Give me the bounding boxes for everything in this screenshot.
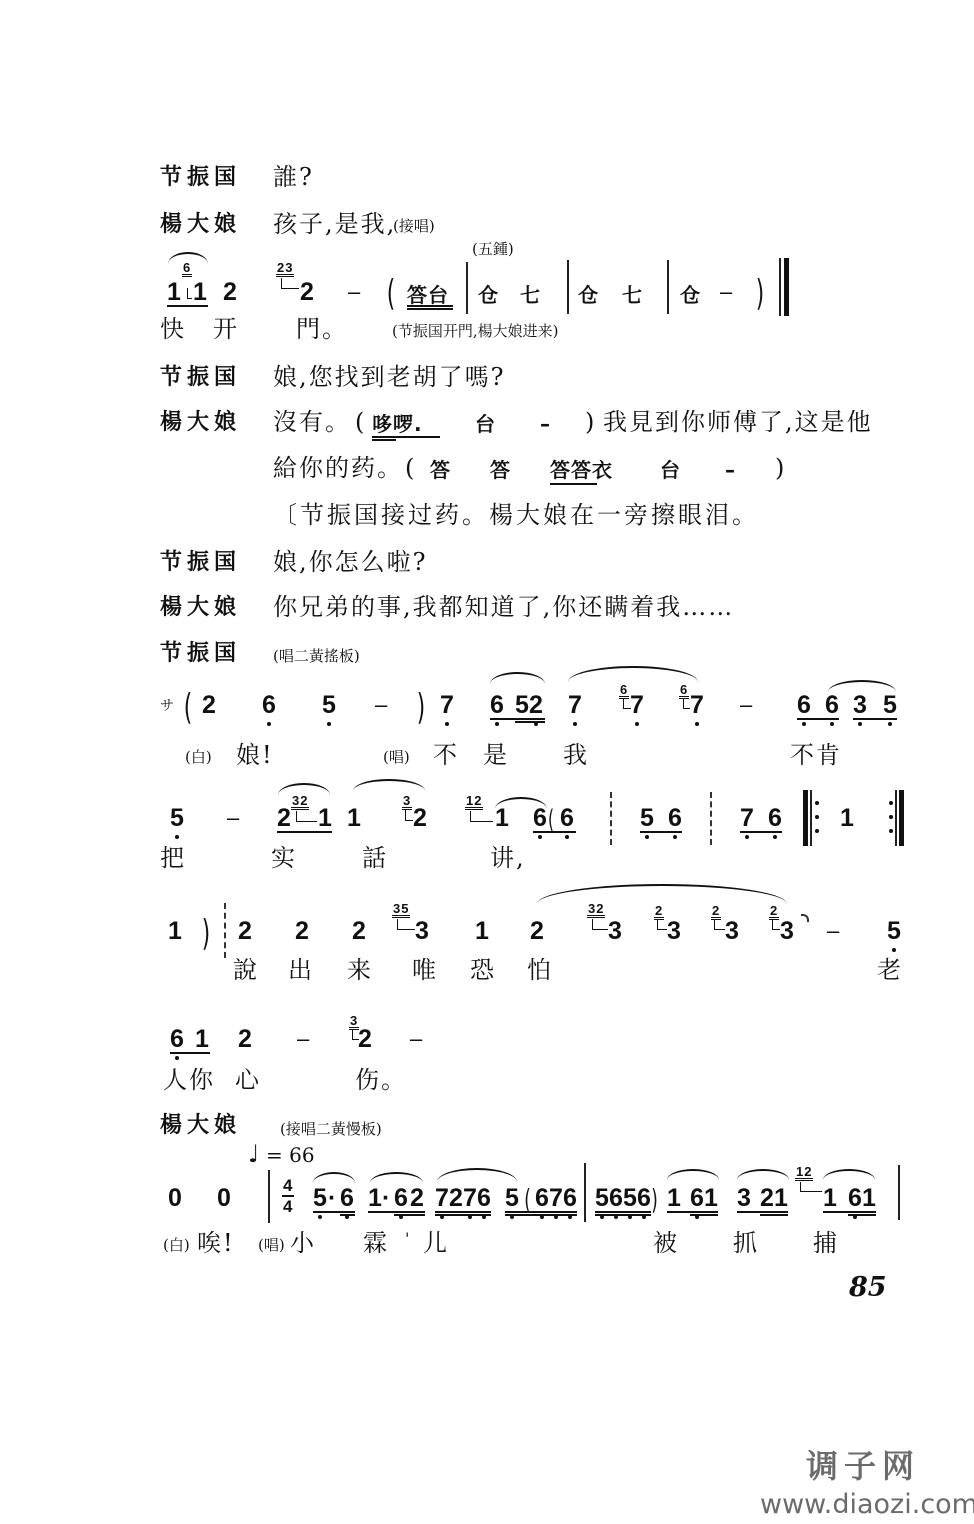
beam-line	[797, 718, 839, 720]
note: 1	[774, 1186, 788, 1210]
final-barline-thick	[784, 258, 789, 316]
note: 7	[568, 693, 582, 717]
hold-dash: –	[827, 919, 839, 943]
grace-note: 2	[654, 905, 664, 920]
percussion-annotation: (五鍾)	[472, 240, 514, 258]
beam-line	[505, 1214, 577, 1216]
dashed-barline	[224, 903, 226, 958]
speaker-label: 楊大娘	[160, 595, 241, 621]
percussion-syllable: 七	[622, 282, 643, 308]
speaker-label: 楊大娘	[160, 212, 241, 238]
augmentation-dot: ·	[328, 1186, 336, 1210]
dialogue-text: 誰?	[273, 164, 314, 190]
dashed-barline	[610, 792, 612, 845]
lyric: 是	[483, 742, 509, 768]
note: 6	[609, 1186, 623, 1210]
barline	[466, 262, 468, 314]
open-paren: (	[355, 409, 366, 435]
close-paren: )	[651, 1188, 658, 1212]
note: 5	[883, 693, 897, 717]
dialogue-text: 你兄弟的事,我都知道了,你还瞒着我……	[273, 594, 734, 620]
note: 2	[238, 1027, 252, 1051]
note: 1	[318, 806, 332, 830]
note: 3	[780, 919, 794, 943]
watermark-site-name: 调子网	[806, 1448, 920, 1484]
repeat-dot	[889, 829, 893, 833]
beam-line	[407, 308, 453, 310]
note: 6	[394, 1186, 408, 1210]
dialogue-text: 娘,您找到老胡了嗎?	[273, 364, 506, 390]
open-paren: (	[548, 808, 554, 832]
note: 6	[170, 1027, 184, 1051]
note: 6	[535, 1186, 549, 1210]
grace-note: 23	[276, 262, 294, 277]
grace-hook	[296, 811, 317, 822]
lyric: 出	[288, 957, 314, 983]
note: 6	[477, 1186, 491, 1210]
barline	[567, 260, 569, 314]
slur-arc	[437, 1168, 517, 1182]
beam-line	[515, 721, 545, 723]
note: 2	[352, 919, 366, 943]
note: 5	[313, 1186, 327, 1210]
lyric: 老	[877, 957, 903, 983]
sing-cue: (接唱二黃慢板)	[280, 1120, 382, 1138]
note: 5	[623, 1186, 637, 1210]
note: 7	[435, 1186, 449, 1210]
note: 2	[358, 1027, 372, 1051]
note: 1	[495, 806, 509, 830]
hold-dash: –	[740, 693, 752, 717]
note: 7	[440, 693, 454, 717]
slur-arc	[537, 884, 787, 904]
beam-line	[667, 1211, 718, 1213]
watermark-url: www.diaozi.com	[760, 1490, 974, 1520]
beam-line	[435, 1214, 491, 1216]
beam-line	[435, 1211, 491, 1213]
stage-direction: (节振国开門,楊大娘进来)	[392, 322, 558, 340]
grace-hook	[800, 1182, 822, 1192]
lyric: 小	[290, 1230, 316, 1256]
note: 5	[505, 1186, 519, 1210]
note: 2	[413, 806, 427, 830]
beam-line	[505, 1211, 577, 1213]
beam-line	[533, 831, 576, 833]
note: 6	[637, 1186, 651, 1210]
open-paren: (	[405, 455, 416, 481]
note: 2	[223, 280, 237, 304]
hold-dash: –	[540, 411, 551, 437]
beam-line	[853, 718, 897, 720]
grace-note: 35	[392, 903, 410, 918]
percussion-syllable: 仓	[680, 282, 701, 308]
beam-line	[737, 1211, 788, 1213]
close-paren: )	[585, 409, 596, 435]
percussion-syllable: 台	[660, 457, 681, 483]
note: 3	[737, 1186, 751, 1210]
repeat-end-thin	[895, 790, 897, 846]
beam-line	[372, 439, 396, 441]
speaker-label: 节振国	[160, 165, 241, 191]
open-paren: (	[524, 1188, 531, 1212]
note: 5	[170, 806, 184, 830]
note: 6	[848, 1186, 862, 1210]
note: 6	[533, 806, 547, 830]
hold-dash: –	[375, 693, 387, 717]
lyric: 怕	[527, 957, 553, 983]
note: 2	[202, 693, 216, 717]
grace-note: 32	[587, 903, 605, 918]
lyric: 門。	[296, 316, 348, 342]
repeat-dot	[815, 829, 819, 833]
note: 6	[262, 693, 276, 717]
note: 2	[410, 1186, 424, 1210]
percussion-syllable: 仓	[478, 282, 499, 308]
beam-line	[848, 1214, 876, 1216]
lyric: 捕	[813, 1230, 839, 1256]
note: 3	[853, 693, 867, 717]
quarter-note-icon: ♩	[248, 1143, 259, 1165]
spoken-marker: (白)	[185, 748, 212, 766]
speaker-label: 楊大娘	[160, 1113, 241, 1139]
note: 2	[529, 693, 543, 717]
grace-note: 32	[291, 795, 309, 810]
final-barline-thin	[779, 258, 781, 316]
sing-cue: (唱二黃搖板)	[273, 647, 360, 665]
grace-hook	[187, 288, 192, 299]
beam-line	[550, 483, 597, 485]
barline	[268, 1170, 270, 1223]
beam-line	[640, 831, 682, 833]
lyric: 儿	[423, 1230, 449, 1256]
beam-line	[368, 1211, 425, 1213]
percussion-syllable: 答	[430, 457, 451, 483]
sing-cue: (接唱)	[393, 217, 435, 235]
note: 7	[690, 693, 704, 717]
close-paren: )	[756, 282, 764, 306]
repeat-dot	[889, 801, 893, 805]
note: 6	[563, 1186, 577, 1210]
note: 1	[347, 806, 361, 830]
open-paren: (	[184, 696, 192, 720]
beam-line	[167, 305, 208, 307]
spoken-text: 唉!	[197, 1230, 235, 1256]
lyric: 开	[213, 316, 239, 342]
note: 5	[322, 693, 336, 717]
note: 5	[515, 693, 529, 717]
note: 1	[862, 1186, 876, 1210]
note: 3	[725, 919, 739, 943]
percussion-syllable: 台	[475, 411, 496, 437]
beam-line	[170, 1052, 210, 1054]
lyric: 唯	[412, 957, 438, 983]
hold-dash: –	[720, 280, 732, 304]
repeat-start-thick	[803, 790, 808, 846]
close-paren: )	[202, 922, 210, 946]
note: 1	[368, 1186, 382, 1210]
note: 2	[277, 806, 291, 830]
note: 1	[168, 919, 182, 943]
note: 3	[608, 919, 622, 943]
slur-arc	[490, 672, 545, 684]
lyric: 恐	[470, 957, 496, 983]
spoken-marker: (白)	[163, 1236, 190, 1254]
augmentation-dot: ·	[382, 1186, 390, 1210]
note: 5	[595, 1186, 609, 1210]
dashed-barline	[710, 792, 712, 845]
dialogue-text: 給你的药。	[273, 455, 403, 481]
grace-note: 12	[795, 1166, 813, 1181]
repeat-start-thin	[810, 790, 812, 846]
note: 5	[887, 919, 901, 943]
stage-direction: 〔节振国接过药。楊大娘在一旁擦眼泪。	[273, 502, 759, 528]
repeat-dot	[815, 815, 819, 819]
note: 2	[449, 1186, 463, 1210]
note: 6	[490, 693, 504, 717]
note: 2	[295, 919, 309, 943]
slur-arc	[823, 1169, 875, 1180]
breath-mark-icon	[801, 914, 809, 922]
beam-line	[823, 1211, 876, 1213]
dialogue-text: 娘,你怎么啦?	[273, 549, 428, 575]
note: 6	[825, 693, 839, 717]
sung-marker: (唱)	[258, 1236, 285, 1254]
note: 2	[530, 919, 544, 943]
sung-marker: (唱)	[383, 748, 410, 766]
beam-line	[595, 1214, 651, 1216]
note: 7	[740, 806, 754, 830]
lyric: 說	[233, 957, 259, 983]
close-paren: )	[775, 455, 786, 481]
hold-dash: –	[348, 280, 360, 304]
note: 1	[167, 280, 181, 304]
barline	[667, 260, 669, 314]
beam-line	[277, 831, 332, 833]
note: 6	[560, 806, 574, 830]
lyric: 霖	[363, 1230, 389, 1256]
speaker-label: 楊大娘	[160, 410, 241, 436]
rest: 0	[168, 1186, 182, 1210]
lyric: 讲,	[490, 845, 526, 871]
grace-hook	[470, 811, 493, 822]
repeat-dot	[815, 801, 819, 805]
lyric: 心	[235, 1067, 261, 1093]
lyric: 被	[653, 1230, 679, 1256]
note: 7	[630, 693, 644, 717]
speaker-label: 节振国	[160, 641, 241, 667]
note: 6	[668, 806, 682, 830]
hold-dash: –	[725, 457, 736, 483]
beam-line	[740, 831, 782, 833]
slur-arc	[568, 666, 698, 682]
beam-line	[394, 1214, 425, 1216]
slur-arc	[667, 1169, 719, 1180]
grace-hook	[405, 810, 413, 821]
percussion-syllable: 七	[520, 282, 541, 308]
time-signature-bottom: 4	[283, 1198, 292, 1215]
grace-hook	[714, 920, 725, 930]
repeat-end-thick	[899, 790, 904, 846]
lyric: 抓	[733, 1230, 759, 1256]
grace-note: 2	[769, 905, 779, 920]
grace-hook	[772, 920, 780, 930]
close-paren: )	[417, 696, 425, 720]
slur-arc	[313, 1172, 355, 1183]
beam-line	[760, 1214, 788, 1216]
page-number: 85	[849, 1273, 887, 1303]
note: 6	[797, 693, 811, 717]
note: 1	[667, 1186, 681, 1210]
grace-note: 6	[619, 684, 629, 699]
note: 1	[840, 806, 854, 830]
beam-line	[407, 305, 453, 307]
hold-dash: –	[410, 1027, 422, 1051]
lyric-mark: '	[405, 1226, 411, 1252]
note: 3	[415, 919, 429, 943]
slur-arc	[370, 1172, 423, 1183]
beam-line	[595, 1211, 651, 1213]
lyric: 把	[160, 845, 186, 871]
grace-hook	[657, 920, 667, 930]
tempo-value: = 66	[266, 1144, 315, 1166]
grace-hook	[683, 699, 690, 709]
lyric: 实	[271, 845, 297, 871]
rest: 0	[217, 1186, 231, 1210]
beam-line	[372, 436, 440, 438]
note: 1	[195, 1027, 209, 1051]
percussion-syllable: 哆啰.	[372, 411, 423, 437]
note: 5	[640, 806, 654, 830]
lyric: 我	[563, 742, 589, 768]
slur-arc	[353, 779, 425, 791]
hold-dash: –	[297, 1027, 309, 1051]
note: 1	[193, 280, 207, 304]
grace-note: 12	[465, 795, 483, 810]
beam-line	[690, 1214, 718, 1216]
note: 2	[760, 1186, 774, 1210]
lyric: 来	[347, 957, 373, 983]
speaker-label: 节振国	[160, 550, 241, 576]
dialogue-text: 孩子,是我,	[273, 211, 396, 237]
percussion-syllable: 答答衣	[550, 457, 613, 483]
note: 6	[768, 806, 782, 830]
grace-note: 6	[182, 262, 192, 277]
grace-note: 2	[711, 905, 721, 920]
note: 1	[704, 1186, 718, 1210]
dialogue-text: 沒有。	[273, 409, 351, 435]
lyric: 話	[362, 845, 388, 871]
barline	[898, 1165, 900, 1220]
beam-line	[490, 718, 545, 720]
speaker-label: 节振国	[160, 365, 241, 391]
repeat-dot	[889, 815, 893, 819]
note: 7	[549, 1186, 563, 1210]
note: 7	[463, 1186, 477, 1210]
percussion-syllable: 答	[490, 457, 511, 483]
note: 3	[667, 919, 681, 943]
beam-line	[340, 1214, 355, 1216]
grace-hook	[397, 919, 415, 930]
note: 1	[823, 1186, 837, 1210]
lyric: 人你	[163, 1067, 215, 1093]
note: 6	[690, 1186, 704, 1210]
lyric: 快	[160, 316, 186, 342]
percussion-syllable: 仓	[578, 282, 599, 308]
note: 2	[300, 280, 314, 304]
note: 1	[475, 919, 489, 943]
free-rhythm-mark: サ	[160, 698, 174, 714]
barline	[584, 1163, 586, 1222]
slur-arc	[737, 1169, 789, 1180]
beam-line	[313, 1211, 355, 1213]
time-signature-top: 4	[283, 1177, 292, 1194]
grace-note: 3	[402, 795, 412, 810]
open-paren: (	[387, 282, 395, 306]
note: 6	[340, 1186, 354, 1210]
grace-hook	[281, 278, 299, 289]
grace-hook	[592, 919, 608, 930]
lyric: 伤。	[355, 1067, 407, 1093]
lyric: 不肯	[790, 742, 842, 768]
hold-dash: –	[227, 806, 239, 830]
dialogue-text: 我見到你师傅了,这是他	[603, 409, 873, 435]
lyric: 不	[433, 742, 459, 768]
spoken-text: 娘!	[236, 742, 274, 768]
note: 2	[238, 919, 252, 943]
grace-note: 6	[679, 684, 689, 699]
